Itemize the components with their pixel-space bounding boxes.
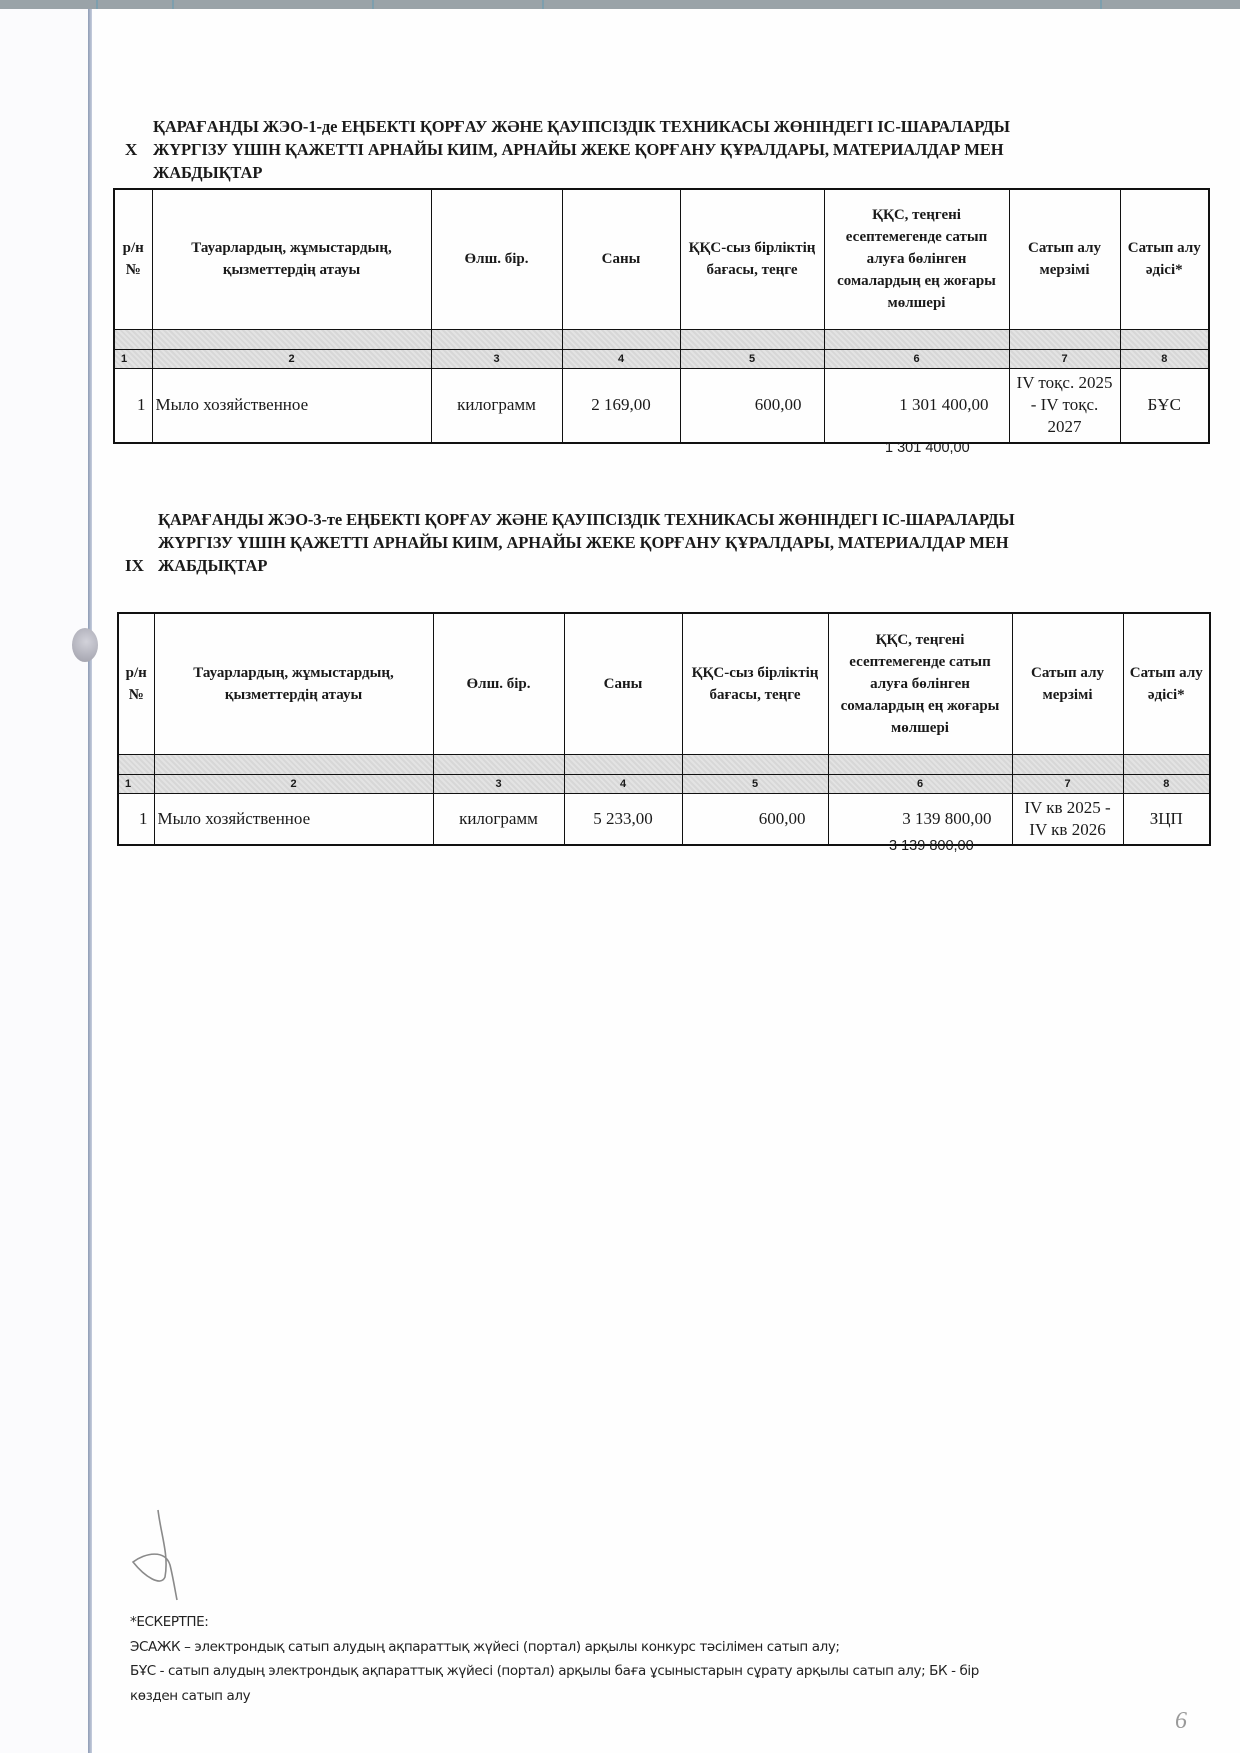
spacer-cell [564, 754, 682, 774]
header-cell: ҚҚС, теңгені есептемегенде сатып алуға б… [824, 189, 1009, 329]
spacer-cell [1012, 754, 1123, 774]
column-number: 7 [1009, 349, 1120, 368]
signature-mark [125, 1505, 205, 1605]
section-total: 3 139 800,00 [889, 838, 974, 854]
column-number: 3 [433, 774, 564, 793]
section-title-line: ЖҮРГІЗУ ҮШІН ҚАЖЕТТІ АРНАЙЫ КИІМ, АРНАЙЫ… [153, 138, 1213, 161]
period: IV кв 2025 - IV кв 2026 [1012, 793, 1123, 845]
section-title: ҚАРАҒАНДЫ ЖЭО-1-де ЕҢБЕКТІ ҚОРҒАУ ЖӘНЕ Қ… [153, 115, 1213, 184]
column-number: 6 [828, 774, 1012, 793]
section-title-line: ҚАРАҒАНДЫ ЖЭО-3-те ЕҢБЕКТІ ҚОРҒАУ ЖӘНЕ Қ… [158, 508, 1218, 531]
column-number-row: 1 2 3 4 5 6 7 8 [114, 349, 1209, 368]
spacer-row [114, 329, 1209, 349]
section-total: 1 301 400,00 [885, 440, 970, 456]
spacer-cell [824, 329, 1009, 349]
column-number: 4 [564, 774, 682, 793]
spacer-cell [154, 754, 433, 774]
header-cell: Саны [564, 613, 682, 754]
spacer-cell [152, 329, 431, 349]
spacer-cell [118, 754, 154, 774]
column-number: 5 [680, 349, 824, 368]
column-number: 2 [154, 774, 433, 793]
column-number: 7 [1012, 774, 1123, 793]
column-number: 3 [431, 349, 562, 368]
procurement-table: р/н № Тауарлардың, жұмыстардың, қызметте… [117, 612, 1211, 846]
section-title-line: ЖҮРГІЗУ ҮШІН ҚАЖЕТТІ АРНАЙЫ КИІМ, АРНАЙЫ… [158, 531, 1218, 554]
amount: 1 301 400,00 [824, 368, 1009, 443]
footnotes: *ЕСКЕРТПЕ: ЭСАЖК – электрондық сатып алу… [130, 1610, 1130, 1708]
spacer-cell [562, 329, 680, 349]
header-cell: Өлш. бір. [431, 189, 562, 329]
column-number: 5 [682, 774, 828, 793]
footnote-line: БҰС - сатып алудың электрондық ақпаратты… [130, 1659, 1130, 1684]
page-edge [88, 9, 92, 1753]
header-cell: ҚҚС, теңгені есептемегенде сатып алуға б… [828, 613, 1012, 754]
item-name: Мыло хозяйственное [154, 793, 433, 845]
procurement-table: р/н № Тауарлардың, жұмыстардың, қызметте… [113, 188, 1210, 444]
column-number: 1 [114, 349, 152, 368]
header-cell: ҚҚС-сыз бірліктің бағасы, теңге [680, 189, 824, 329]
spacer-cell [433, 754, 564, 774]
footnote-line: көзден сатып алу [130, 1684, 1130, 1709]
column-number: 4 [562, 349, 680, 368]
header-cell: Тауарлардың, жұмыстардың, қызметтердің а… [154, 613, 433, 754]
scanner-tick [542, 0, 544, 9]
header-cell: р/н № [118, 613, 154, 754]
section-title-line: ЖАБДЫҚТАР [158, 554, 1218, 577]
scanner-tick [1100, 0, 1102, 9]
section-number: X [125, 140, 137, 160]
header-cell: Сатып алу әдісі* [1123, 613, 1210, 754]
spacer-cell [1009, 329, 1120, 349]
footnote-heading: *ЕСКЕРТПЕ: [130, 1610, 1130, 1635]
row-index: 1 [118, 793, 154, 845]
table-header-row: р/н № Тауарлардың, жұмыстардың, қызметте… [118, 613, 1210, 754]
header-cell: ҚҚС-сыз бірліктің бағасы, теңге [682, 613, 828, 754]
header-cell: Тауарлардың, жұмыстардың, қызметтердің а… [152, 189, 431, 329]
header-cell: Сатып алу мерзімі [1012, 613, 1123, 754]
column-number: 2 [152, 349, 431, 368]
section-title-line: ҚАРАҒАНДЫ ЖЭО-1-де ЕҢБЕКТІ ҚОРҒАУ ЖӘНЕ Қ… [153, 115, 1213, 138]
spacer-cell [828, 754, 1012, 774]
header-cell: Сатып алу әдісі* [1120, 189, 1209, 329]
underlying-page [0, 9, 88, 1753]
spacer-cell [680, 329, 824, 349]
method: ЗЦП [1123, 793, 1210, 845]
column-number: 6 [824, 349, 1009, 368]
unit: килограмм [431, 368, 562, 443]
punch-hole [72, 628, 98, 662]
scanner-tick [372, 0, 374, 9]
table-header-row: р/н № Тауарлардың, жұмыстардың, қызметте… [114, 189, 1209, 329]
unit-price: 600,00 [680, 368, 824, 443]
column-number: 1 [118, 774, 154, 793]
table-row: 1 Мыло хозяйственное килограмм 5 233,00 … [118, 793, 1210, 845]
spacer-cell [682, 754, 828, 774]
header-cell: Саны [562, 189, 680, 329]
spacer-row [118, 754, 1210, 774]
unit-price: 600,00 [682, 793, 828, 845]
header-cell: Сатып алу мерзімі [1009, 189, 1120, 329]
scanner-tick [96, 0, 98, 9]
section-number: IX [125, 556, 144, 576]
spacer-cell [431, 329, 562, 349]
item-name: Мыло хозяйственное [152, 368, 431, 443]
row-index: 1 [114, 368, 152, 443]
period: IV тоқс. 2025 - IV тоқс. 2027 [1009, 368, 1120, 443]
header-cell: Өлш. бір. [433, 613, 564, 754]
column-number-row: 1 2 3 4 5 6 7 8 [118, 774, 1210, 793]
spacer-cell [1123, 754, 1210, 774]
quantity: 2 169,00 [562, 368, 680, 443]
method: БҰС [1120, 368, 1209, 443]
footnote-line: ЭСАЖК – электрондық сатып алудың ақпарат… [130, 1635, 1130, 1660]
scanner-tick [172, 0, 174, 9]
spacer-cell [114, 329, 152, 349]
section-title-line: ЖАБДЫҚТАР [153, 161, 1213, 184]
spacer-cell [1120, 329, 1209, 349]
unit: килограмм [433, 793, 564, 845]
table-row: 1 Мыло хозяйственное килограмм 2 169,00 … [114, 368, 1209, 443]
column-number: 8 [1123, 774, 1210, 793]
header-cell: р/н № [114, 189, 152, 329]
column-number: 8 [1120, 349, 1209, 368]
quantity: 5 233,00 [564, 793, 682, 845]
page-number: 6 [1175, 1708, 1187, 1735]
section-title: ҚАРАҒАНДЫ ЖЭО-3-те ЕҢБЕКТІ ҚОРҒАУ ЖӘНЕ Қ… [158, 508, 1218, 577]
